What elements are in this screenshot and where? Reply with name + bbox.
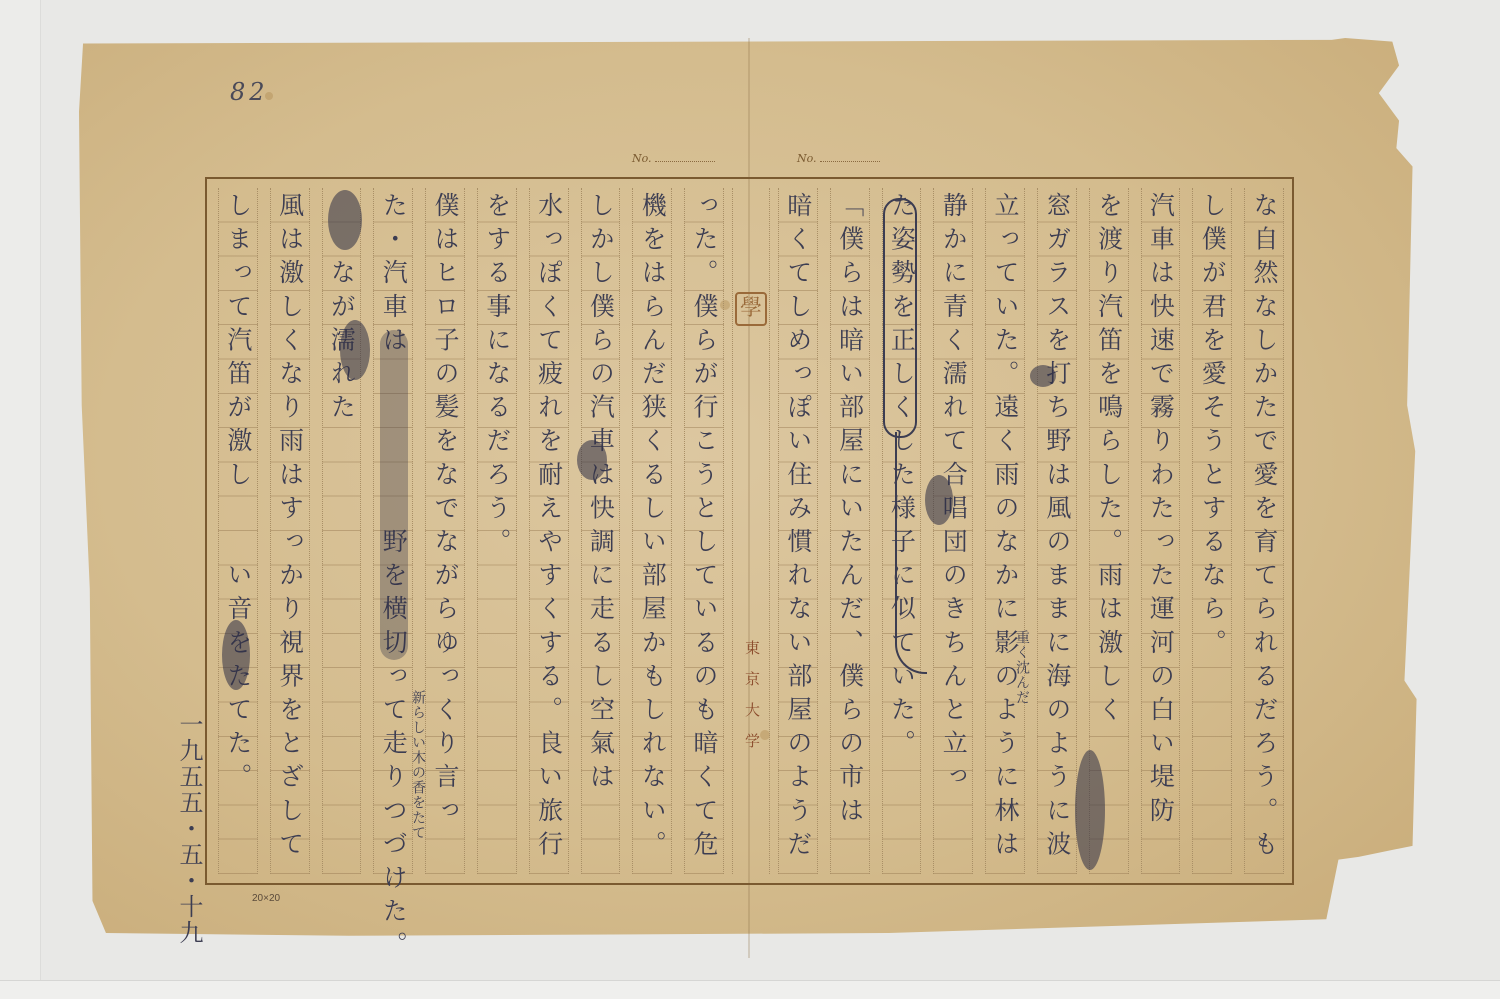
strikeout-scribble [1075, 750, 1105, 870]
date-annotation: 一九五五・五・十九 [172, 712, 207, 946]
university-name: 東京大学 [742, 640, 763, 764]
grid-size-label: 20×20 [252, 893, 280, 904]
manuscript-column: な自然なしかたで愛を育てられるだろう。も [1238, 188, 1290, 874]
left-page-grid: った。僕らが行こうとしているのも暗くて危 機をはらんだ狭くるしい部屋かもしれない… [212, 188, 730, 874]
manuscript-column: し僕が君を愛そうとするなら。 [1186, 188, 1238, 874]
margin-insert-note: 新らしい木の香をたて [408, 690, 428, 840]
manuscript-column: しかし僕らの汽車は快調に走るし空氣は [575, 188, 627, 874]
strikeout-scribble [340, 320, 370, 380]
number-field-right: No. [797, 152, 880, 165]
revision-arrow-mark [895, 432, 927, 674]
strikeout-scribble [1030, 365, 1056, 387]
manuscript-column: 「僕らは暗い部屋にいたんだ、僕らの市は [824, 188, 876, 874]
manuscript-column: をする事になるだろう。 [471, 188, 523, 874]
mount-border-bottom [0, 980, 1500, 999]
manuscript-column: 水っぽくて疲れを耐えやすくする。良い旅行 [523, 188, 575, 874]
strikeout-scribble [577, 440, 607, 480]
manuscript-column: 風は激しくなり雨はすっかり視界をとざして [264, 188, 316, 874]
revision-loop-mark [883, 198, 917, 438]
manuscript-column: 立っていた。遠く雨のなかに影のように林は [979, 188, 1031, 874]
center-gutter [732, 188, 770, 874]
margin-insert-note: 重く沈んだ [1012, 630, 1032, 705]
manuscript-column: った。僕らが行こうとしているのも暗くて危 [678, 188, 730, 874]
manuscript-column: 汽車は快速で霧りわたった運河の白い堤防 [1135, 188, 1187, 874]
manuscript-column: 窓ガラスを打ち野は風のままに海のように波 [1031, 188, 1083, 874]
university-seal-icon: 學 [735, 292, 767, 326]
strikeout-scribble [222, 620, 250, 690]
manuscript-column: 暗くてしめっぽい住み慣れない部屋のようだ [772, 188, 824, 874]
page-number: 82 [230, 78, 269, 106]
manuscript-column: なが濡れた [316, 188, 368, 874]
manuscript-column: 機をはらんだ狭くるしい部屋かもしれない。 [626, 188, 678, 874]
strikeout-scribble [925, 475, 953, 525]
mount-border-left [0, 0, 41, 999]
manuscript-column: 静かに青く濡れて合唱団のきちんと立っ [927, 188, 979, 874]
manuscript-column: しまって汽笛が激し い音をたてた。 [212, 188, 264, 874]
strikeout-scribble [328, 190, 362, 250]
number-field-left: No. [632, 152, 715, 165]
right-page-grid: な自然なしかたで愛を育てられるだろう。も し僕が君を愛そうとするなら。 汽車は快… [772, 188, 1290, 874]
strikeout-scribble [380, 330, 408, 660]
